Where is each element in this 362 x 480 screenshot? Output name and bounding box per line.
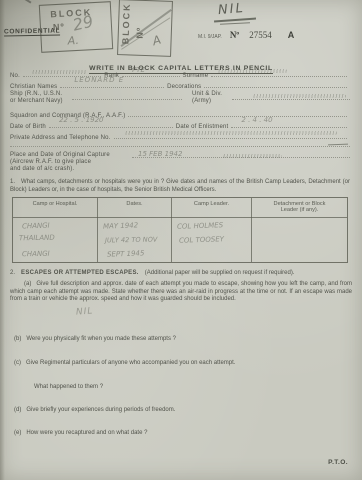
reference-suffix: A (288, 30, 295, 40)
question-2a: (a)Give full description and approx. dat… (10, 281, 352, 304)
table-row-camp: THAILAND (19, 234, 55, 243)
block-number-pencil: 29 (71, 12, 95, 35)
col-header-detachment: Detachment or Block Leader (if any). (252, 198, 347, 262)
surname-label: Surname (183, 73, 209, 79)
question-2-title-row: 2.ESCAPES OR ATTEMPTED ESCAPES.(Addition… (10, 270, 352, 278)
question-2d-label: (d) (14, 407, 21, 413)
question-2d-text: Give briefly your experiences during per… (26, 407, 175, 413)
table-row-leader: COL TOOSEY (179, 235, 224, 245)
date-of-enlistment-pencil-value: 2 . 4 . 40 (241, 116, 272, 124)
table-row-camp: CHANGI (22, 222, 50, 231)
table-row-dates: SEPT 1945 (107, 249, 145, 258)
illegible-pencil-scribble (124, 131, 337, 135)
capture-pencil-value: 15 FEB 1942 (138, 150, 182, 158)
christian-names-label: Christian Names (10, 84, 57, 90)
pow-questionnaire-form: CONFIDENTIAL BLOCK Nº 29 A. BLOCK Nº A N… (0, 0, 362, 480)
ship-line (72, 99, 182, 100)
question-2-number: 2. (10, 270, 15, 276)
question-2d: (d)Give briefly your experiences during … (14, 407, 344, 415)
nil-underline (220, 22, 250, 25)
surname-line (211, 69, 347, 77)
christian-names-pencil-value: LEONARD E (74, 76, 124, 84)
reference-department: M.I. 9/JAP. (198, 34, 222, 40)
date-of-birth-label: Date of Birth (10, 124, 46, 130)
address-label: Private Address and Telephone No. (10, 135, 111, 141)
service-no-label: No. (10, 73, 20, 79)
date-of-enlistment-line: 2 . 4 . 40 (231, 120, 347, 128)
block-number-stamp-right: BLOCK Nº A (117, 0, 173, 57)
rank-line: PTE (122, 69, 179, 77)
table-row-dates: JULY 42 TO NOV (105, 236, 158, 245)
question-2c-label: (c) (14, 360, 21, 366)
reference-number-line: M.I. 9/JAP. Nº 27554 A (198, 30, 294, 40)
illegible-pencil-scribble (31, 70, 87, 74)
question-2a-answer-nil: NIL (76, 306, 94, 317)
pencil-tick-mark (19, 0, 32, 4)
decorations-label: Decorations (167, 84, 201, 90)
block-letter-pencil: A (151, 33, 163, 49)
squadron-line (128, 109, 347, 117)
rank-pencil-value: PTE (132, 66, 145, 74)
field-row: Christian Names LEONARD E Decorations (10, 80, 350, 90)
reference-number-sign: Nº (230, 30, 239, 40)
date-of-birth-line: 22 . 5 . 1920 (49, 120, 173, 128)
camps-table: Camp or Hospital. Dates. Camp Leader. De… (12, 197, 348, 263)
question-2b-label: (b) (14, 336, 21, 342)
question-1-number: 1. (10, 179, 15, 185)
table-row-leader: COL HOLMES (177, 221, 223, 231)
question-2a-label: (a) (24, 281, 31, 287)
unit-label: Unit & Div. (Army) (192, 91, 222, 105)
question-2c-text: Give Regimental particulars of anyone wh… (26, 360, 235, 366)
question-2e: (e)How were you recaptured and on what d… (14, 430, 344, 438)
field-row: Date of Birth 22 . 5 . 1920 Date of Enli… (10, 120, 350, 130)
field-row: Private Address and Telephone No. (10, 131, 350, 141)
question-2c: (c)Give Regimental particulars of anyone… (14, 360, 344, 368)
date-of-enlistment-label: Date of Enlistment (176, 124, 229, 130)
block-letter-pencil: A. (67, 34, 79, 48)
capture-line: 15 FEB 1942 (132, 157, 350, 158)
reference-number: 27554 (249, 30, 272, 40)
address-line (114, 131, 347, 139)
field-row: No. Rank PTE Surname (10, 69, 350, 79)
nil-annotation: NIL (217, 1, 245, 18)
illegible-pencil-scribble (252, 94, 346, 98)
question-1: 1.What camps, detachments or hospitals w… (10, 179, 350, 194)
table-row-dates: MAY 1942 (103, 221, 138, 230)
question-2-title: ESCAPES OR ATTEMPTED ESCAPES. (21, 270, 139, 276)
question-2e-label: (e) (14, 430, 21, 436)
block-stamp-number-sign: Nº (53, 22, 65, 33)
illegible-pencil-scribble (217, 69, 287, 73)
question-2a-text: Give full description and approx. date o… (10, 281, 352, 302)
table-row-camp: CHANGI (22, 250, 50, 258)
question-2b-text: Were you physically fit when you made th… (26, 336, 176, 342)
table-header-rule (13, 217, 347, 218)
question-2c-followup: What happened to them ? (34, 384, 334, 392)
block-number-stamp-left: BLOCK Nº 29 A. (39, 1, 113, 53)
unit-line (232, 99, 350, 100)
christian-names-line: LEONARD E (60, 80, 164, 88)
question-2-title-note: (Additional paper will be supplied on re… (145, 270, 295, 276)
illegible-pencil-scribble (222, 154, 282, 158)
address-line-2 (10, 146, 350, 147)
decorations-line (204, 80, 347, 88)
field-row: Ship (R.N., U.S.N. or Merchant Navy) Uni… (10, 91, 350, 106)
question-1-text: What camps, detachments or hospitals wer… (10, 179, 350, 193)
question-2e-text: How were you recaptured and on what date… (26, 430, 147, 436)
capture-field: Place and Date of Original Capture (Airc… (10, 152, 350, 174)
question-2b: (b)Were you physically fit when you made… (14, 336, 344, 344)
pto-footer: P.T.O. (328, 459, 348, 466)
date-of-birth-pencil-value: 22 . 5 . 1920 (59, 116, 104, 124)
